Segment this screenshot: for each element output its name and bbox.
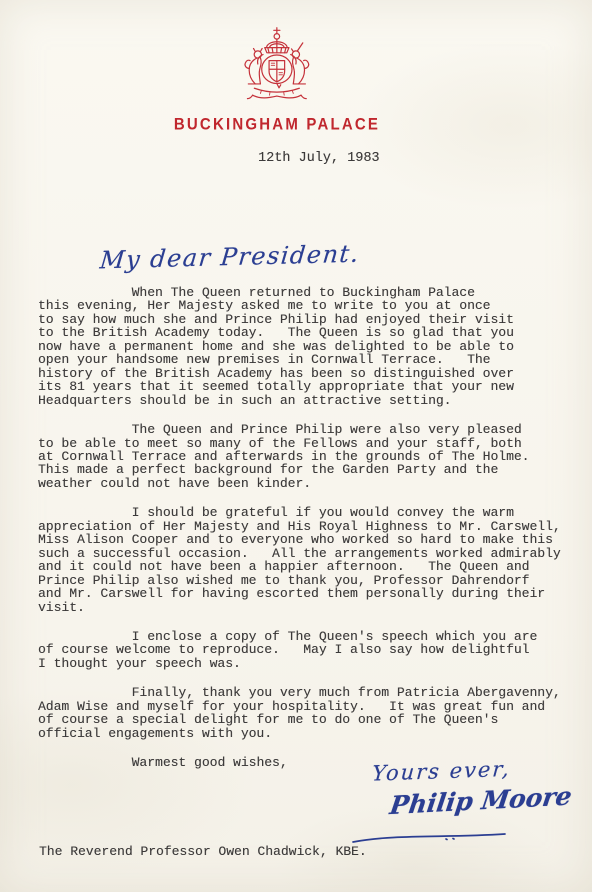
letter-scan: BUCKINGHAM PALACE 12th July, 1983 My dea… xyxy=(0,0,592,892)
paragraph-1: When The Queen returned to Buckingham Pa… xyxy=(38,286,578,407)
handwritten-closing-block: Yours ever, Philip Moore xyxy=(372,758,582,815)
letter-date: 12th July, 1983 xyxy=(258,152,380,165)
handwritten-salutation: My dear President. xyxy=(99,240,361,275)
paragraph-5: Finally, thank you very much from Patric… xyxy=(38,686,578,740)
letterhead: BUCKINGHAM PALACE xyxy=(174,26,380,133)
addressee: The Reverend Professor Owen Chadwick, KB… xyxy=(39,845,367,858)
letter-body: When The Queen returned to Buckingham Pa… xyxy=(38,286,578,786)
signature: Philip Moore xyxy=(388,781,584,820)
paragraph-3: I should be grateful if you would convey… xyxy=(38,506,578,614)
paragraph-4: I enclose a copy of The Queen's speech w… xyxy=(38,630,578,670)
signature-underline-flourish xyxy=(350,830,510,846)
handwritten-valediction: Yours ever, xyxy=(371,754,583,785)
letterhead-title: BUCKINGHAM PALACE xyxy=(174,115,380,134)
paragraph-2: The Queen and Prince Philip were also ve… xyxy=(38,423,578,490)
royal-coat-of-arms-icon xyxy=(232,26,322,109)
